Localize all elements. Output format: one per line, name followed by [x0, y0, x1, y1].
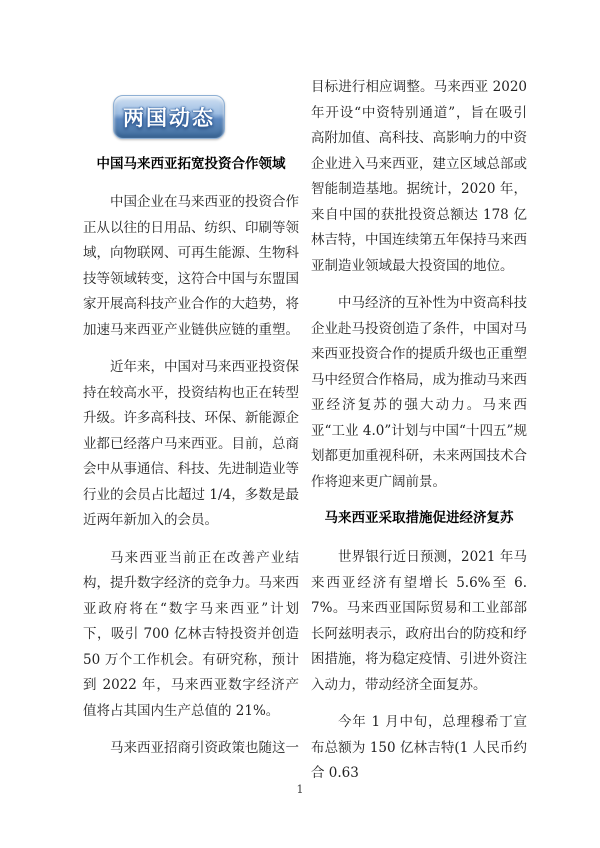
paragraph: 中国企业在马来西亚的投资合作正从以往的日用品、纺织、印刷等领域，向物联网、可再生…	[83, 190, 299, 343]
article-heading-right: 马来西亚采取措施促进经济复苏	[311, 509, 527, 528]
paragraph: 马来西亚招商引资政策也随这一	[83, 736, 299, 762]
paragraph: 马来西亚当前正在改善产业结构，提升数字经济的竞争力。马来西亚政府将在“数字马来西…	[83, 546, 299, 725]
paragraph-continuation: 目标进行相应调整。马来西亚 2020 年开设“中资特别通道”，旨在吸引高附加值、…	[311, 75, 527, 279]
section-badge-label: 两国动态	[123, 102, 215, 132]
paragraph: 世界银行近日预测，2021 年马来西亚经济有望增长 5.6%至 6.7%。马来西…	[311, 545, 527, 698]
paragraph: 今年 1 月中旬，总理穆希丁宣布总额为 150 亿林吉特(1 人民币约合 0.6…	[311, 710, 527, 787]
paragraph: 中马经济的互补性为中资高科技企业赴马投资创造了条件，中国对马来西亚投资合作的提质…	[311, 291, 527, 495]
section-badge: 两国动态	[113, 95, 225, 139]
right-column: 目标进行相应调整。马来西亚 2020 年开设“中资特别通道”，旨在吸引高附加值、…	[311, 75, 527, 787]
document-page: 两国动态 中国马来西亚拓宽投资合作领域 中国企业在马来西亚的投资合作正从以往的日…	[0, 0, 600, 848]
left-column: 中国马来西亚拓宽投资合作领域 中国企业在马来西亚的投资合作正从以往的日用品、纺织…	[83, 155, 299, 762]
article-heading-left: 中国马来西亚拓宽投资合作领域	[83, 155, 299, 174]
paragraph: 近年来，中国对马来西亚投资保持在较高水平，投资结构也正在转型升级。许多高科技、环…	[83, 355, 299, 534]
page-number: 1	[0, 783, 600, 796]
